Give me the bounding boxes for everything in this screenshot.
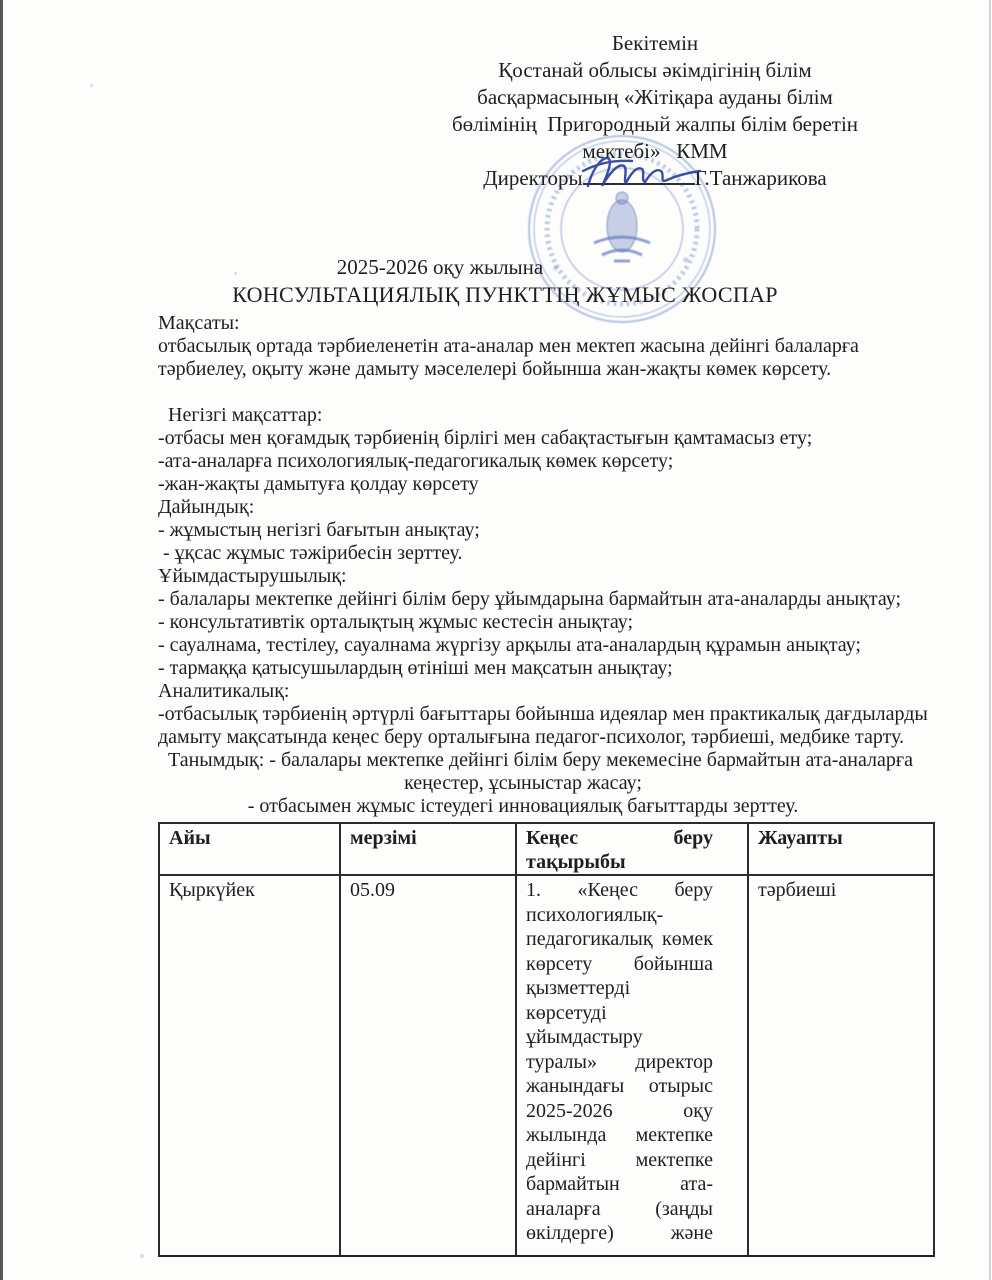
cognitive-line: Танымдық: - балалары мектепке дейінгі бі… — [158, 749, 888, 772]
table-header-row: Айы мерзімі Кеңес беру тақырыбы Жауапты — [159, 823, 934, 875]
director-label: Директоры — [483, 166, 582, 190]
cognitive-line: кеңестер, ұсыныстар жасау; — [158, 772, 888, 795]
scan-smudge — [140, 1254, 144, 1258]
organizational-item: - сауалнама, тестілеу, сауалнама жүргізу… — [158, 634, 888, 657]
prep-heading: Дайындық: — [158, 496, 888, 519]
cell-responsible: тәрбиеші — [748, 875, 934, 1256]
goal-heading: Мақсаты: — [158, 312, 888, 335]
analytics-heading: Аналитикалық: — [158, 680, 888, 703]
organizational-item: - консультативтік орталықтың жұмыс кесте… — [158, 611, 888, 634]
scan-edge-left — [0, 0, 3, 1280]
table-row: Қыркүйек 05.09 1. «Кеңес беру психология… — [159, 875, 934, 1256]
organizational-heading: Ұйымдастырушылық: — [158, 565, 888, 588]
col-header-topic: Кеңес беру тақырыбы — [516, 823, 748, 875]
objective-item: -жан-жақты дамытуға қолдау көрсету — [158, 473, 888, 496]
document-title-block: 2025-2026 оқу жылына КОНСУЛЬТАЦИЯЛЫҚ ПУН… — [158, 254, 880, 308]
goal-line: тәрбиелеу, оқыту және дамыту мәселелері … — [158, 358, 888, 381]
cognitive-line: - отбасымен жұмыс істеудегі инновациялық… — [158, 795, 888, 818]
title-year: 2025-2026 оқу жылына — [158, 254, 880, 281]
cell-topic: 1. «Кеңес беру психологиялық- педагогика… — [516, 875, 748, 1256]
objectives-heading: Негізгі мақсаттар: — [158, 404, 888, 427]
title-main: КОНСУЛЬТАЦИЯЛЫҚ ПУНКТТІҢ ЖҰМЫС ЖОСПАР — [158, 281, 880, 308]
objective-item: -отбасы мен қоғамдық тәрбиенің бірлігі м… — [158, 427, 888, 450]
work-plan-table: Айы мерзімі Кеңес беру тақырыбы Жауапты … — [158, 822, 935, 1257]
cell-date: 05.09 — [340, 875, 516, 1256]
col-header-responsible: Жауапты — [748, 823, 934, 875]
director-name: Г.Танжарикова — [695, 166, 827, 190]
org-line: Қостанай облысы әкімдігінің білім — [412, 57, 898, 84]
director-signature-icon — [578, 148, 710, 196]
organizational-item: - балалары мектепке дейінгі білім беру ұ… — [158, 588, 888, 611]
scan-smudge — [90, 84, 93, 87]
analytics-line: -отбасылық тәрбиенің әртүрлі бағыттары б… — [158, 703, 888, 726]
document-body: Мақсаты: отбасылық ортада тәрбиеленетін … — [158, 312, 888, 818]
scan-edge-right — [989, 0, 991, 1280]
org-line: басқармасының «Жітіқара ауданы білім — [412, 84, 898, 111]
analytics-line: дамыту мақсатында кеңес беру орталығына … — [158, 726, 888, 749]
prep-item: - жұмыстың негізгі бағытын анықтау; — [158, 519, 888, 542]
col-header-date: мерзімі — [340, 823, 516, 875]
approval-word: Бекітемін — [412, 30, 898, 57]
goal-line: отбасылық ортада тәрбиеленетін ата-анала… — [158, 335, 888, 358]
scanned-document-page: ✳ ✳ Бекітемін Қостанай облысы әкімдігіні… — [0, 0, 992, 1280]
organizational-item: - тармаққа қатысушылардың өтініші мен ма… — [158, 657, 888, 680]
cell-month: Қыркүйек — [159, 875, 340, 1256]
objective-item: -ата-аналарға психологиялық-педагогикалы… — [158, 450, 888, 473]
prep-item: - ұқсас жұмыс тәжірибесін зерттеу. — [158, 542, 888, 565]
col-header-month: Айы — [159, 823, 340, 875]
org-line: бөлімінің Пригородный жалпы білім береті… — [412, 111, 898, 138]
